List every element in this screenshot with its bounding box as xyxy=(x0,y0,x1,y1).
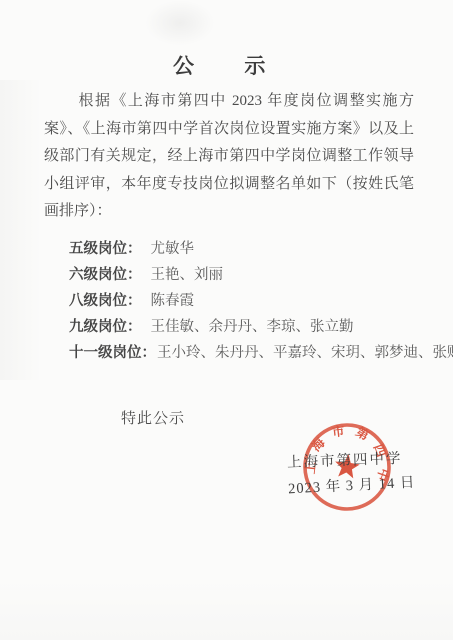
position-label: 九级岗位： xyxy=(69,319,142,335)
position-names: 王小玲、朱丹丹、平嘉玲、宋玥、郭梦迪、张贻祥 xyxy=(157,345,453,361)
position-names: 王佳敏、余丹丹、李琼、张立勤 xyxy=(151,319,354,335)
scan-smudge-top xyxy=(145,0,215,46)
position-row-grade6: 六级岗位：王艳、刘丽 xyxy=(69,262,453,288)
position-list: 五级岗位：尤敏华 六级岗位：王艳、刘丽 八级岗位：陈春霞 九级岗位：王佳敏、余丹… xyxy=(69,236,453,366)
position-names: 尤敏华 xyxy=(151,241,195,257)
position-names: 陈春霞 xyxy=(151,293,195,309)
issuer-signature: 上海市第四中学 xyxy=(287,447,403,472)
position-row-grade9: 九级岗位：王佳敏、余丹丹、李琼、张立勤 xyxy=(69,314,453,340)
announcement-document: 公 示 根据《上海市第四中 2023 年度岗位调整实施方案》、《上海市第四中学首… xyxy=(0,0,453,640)
position-label: 五级岗位： xyxy=(69,241,142,257)
position-row-grade11: 十一级岗位：王小玲、朱丹丹、平嘉玲、宋玥、郭梦迪、张贻祥 xyxy=(69,340,453,366)
position-label: 八级岗位： xyxy=(69,293,142,309)
scan-smudge-left xyxy=(0,80,42,380)
document-paragraph: 根据《上海市第四中 2023 年度岗位调整实施方案》、《上海市第四中学首次岗位设… xyxy=(44,88,414,226)
closing-phrase: 特此公示 xyxy=(121,407,185,428)
scan-smudge-bottom xyxy=(0,580,453,640)
position-names: 王艳、刘丽 xyxy=(151,267,224,283)
document-title: 公 示 xyxy=(0,50,453,80)
position-label: 十一级岗位： xyxy=(69,345,156,361)
position-row-grade8: 八级岗位：陈春霞 xyxy=(69,288,453,314)
position-row-grade5: 五级岗位：尤敏华 xyxy=(69,236,453,262)
position-label: 六级岗位： xyxy=(69,267,142,283)
